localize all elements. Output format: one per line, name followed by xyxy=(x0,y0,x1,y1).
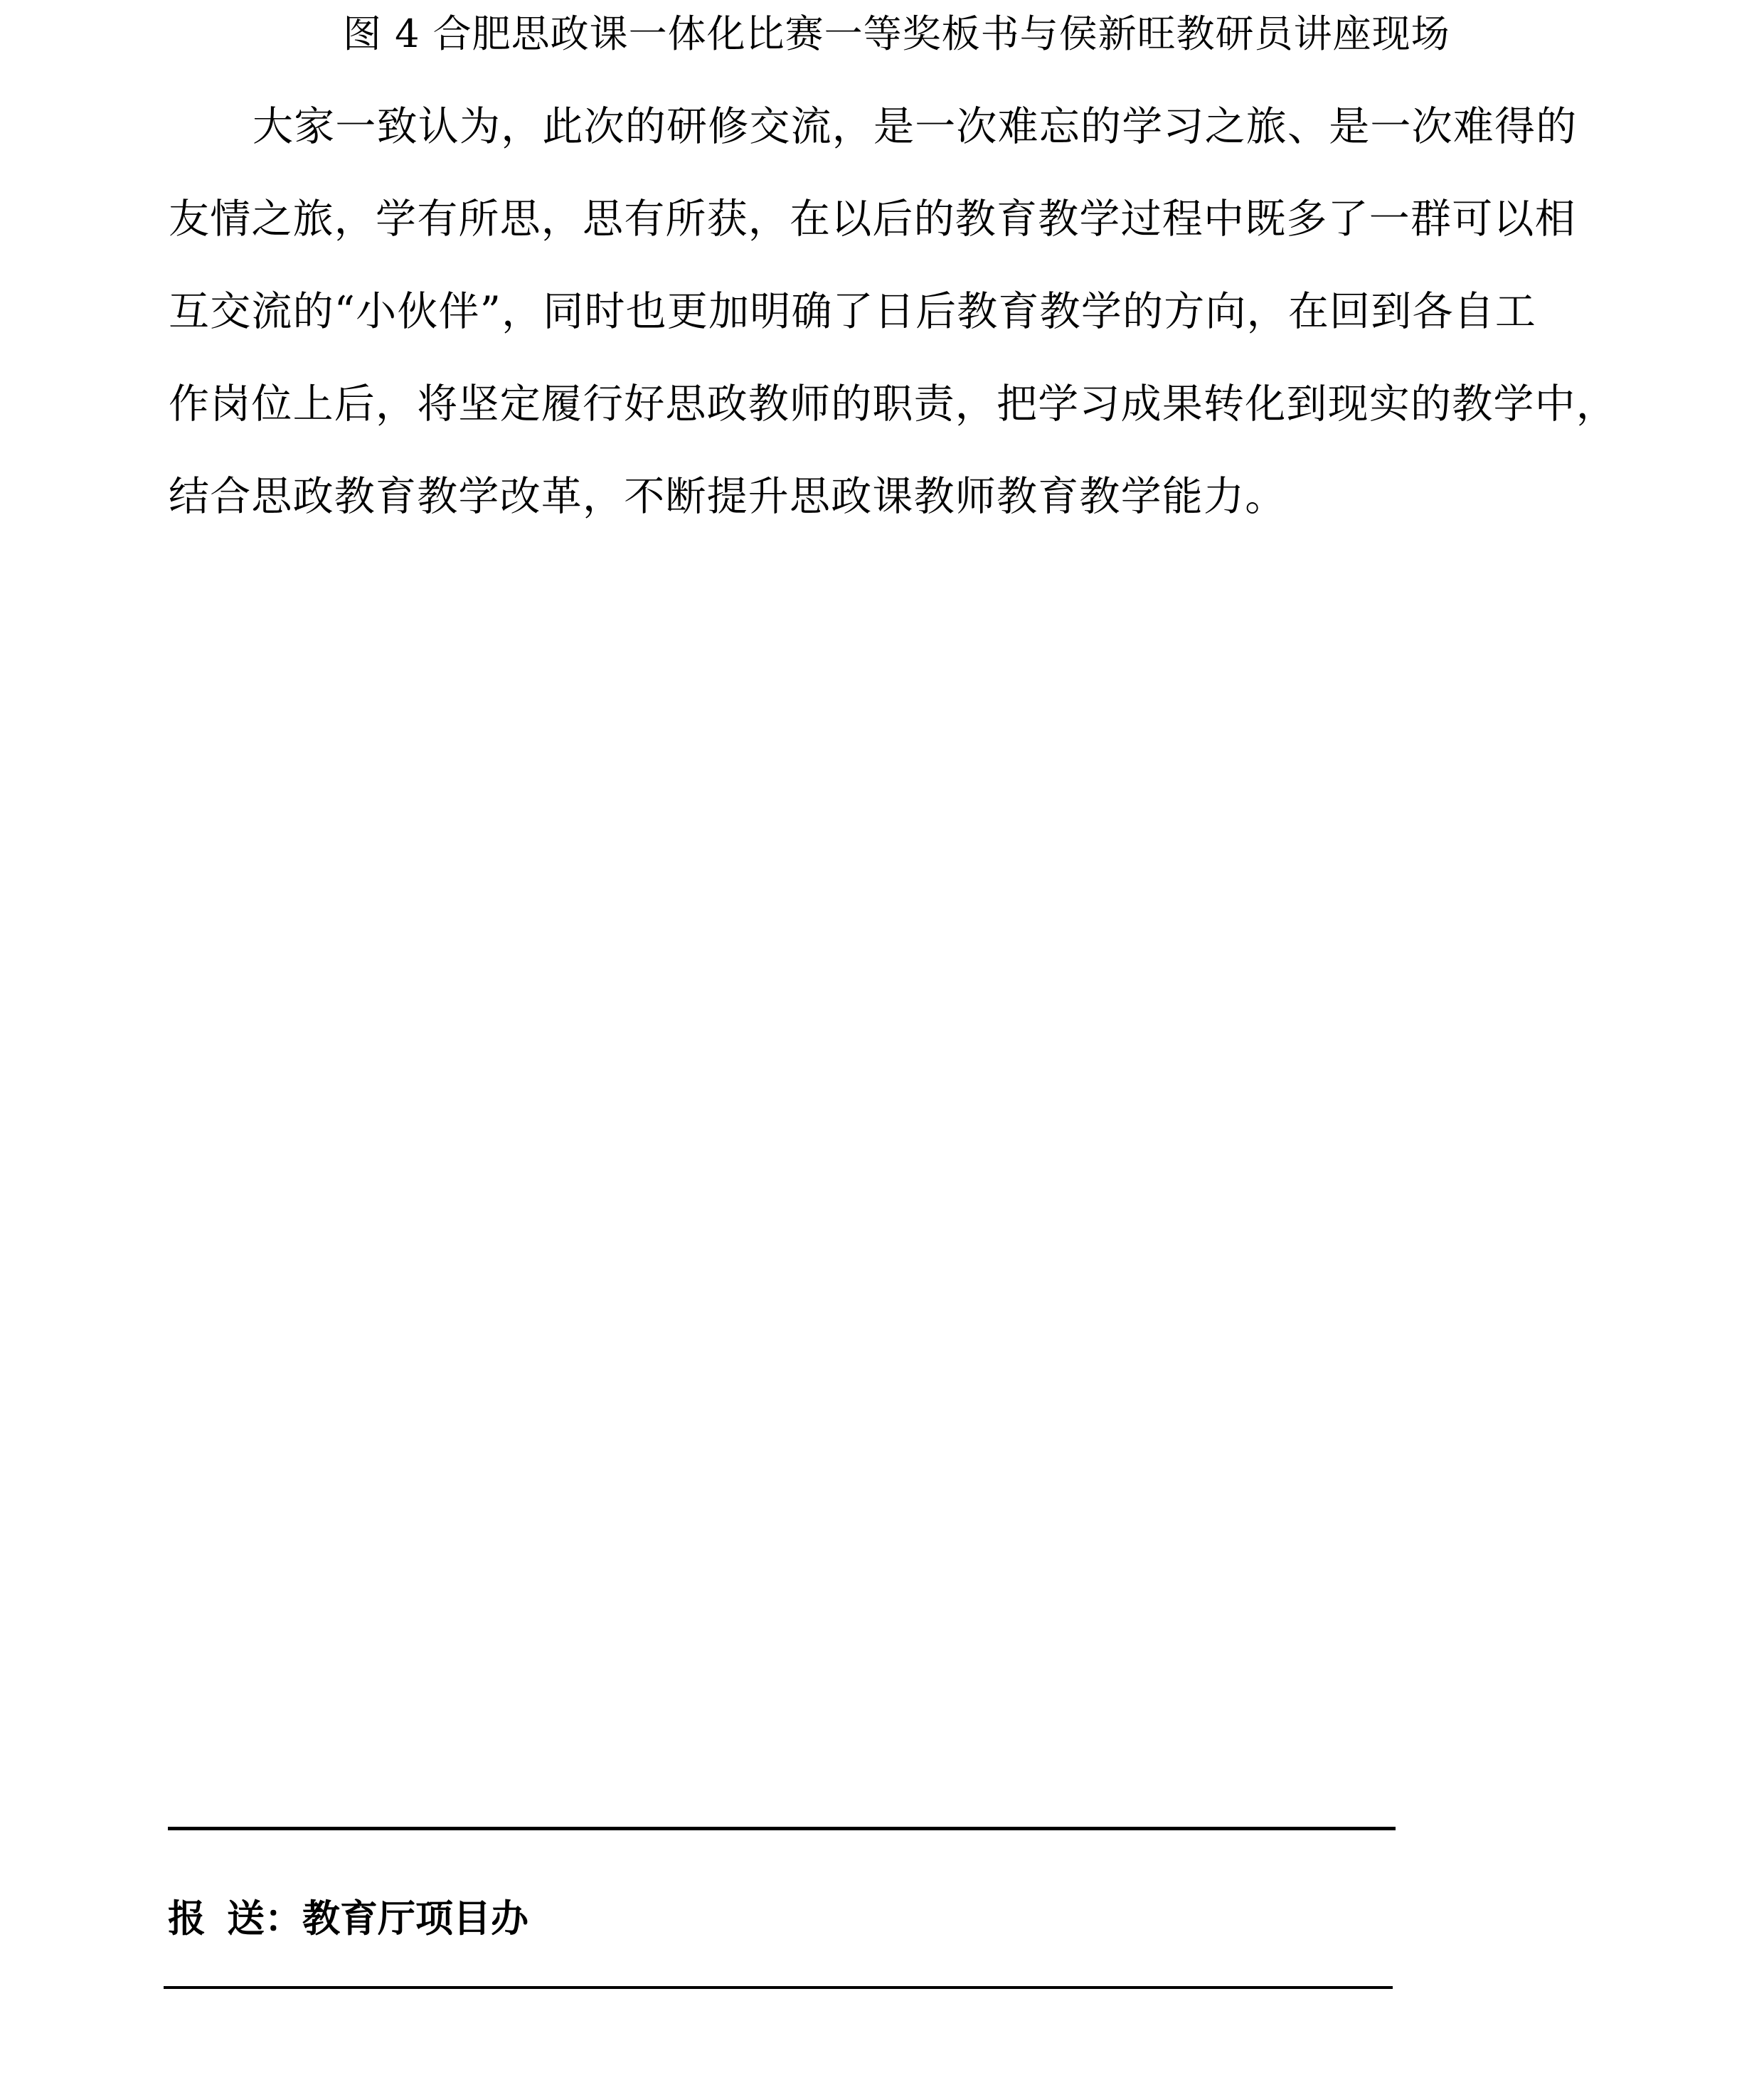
footer-divider-bottom xyxy=(164,1986,1393,1989)
document-page: 图 4 合肥思政课一体化比赛一等奖板书与侯新旺教研员讲座现场 大家一致认为，此次… xyxy=(0,0,1764,2080)
figure-caption: 图 4 合肥思政课一体化比赛一等奖板书与侯新旺教研员讲座现场 xyxy=(343,0,1552,68)
report-to-line: 报送：教育厅项目办 xyxy=(168,1889,528,1950)
paragraph-line: 友情之旅，学有所思，思有所获，在以后的教育教学过程中既多了一群可以相 xyxy=(169,173,1584,265)
paragraph-line: 作岗位上后，将坚定履行好思政教师的职责，把学习成果转化到现实的教学中， xyxy=(169,358,1584,450)
paragraph-line: 大家一致认为，此次的研修交流，是一次难忘的学习之旅、是一次难得的 xyxy=(169,80,1584,173)
report-to-label: 报送： xyxy=(168,1897,302,1941)
paragraph-line: 结合思政教育教学改革，不断提升思政课教师教育教学能力。 xyxy=(169,450,1584,543)
body-paragraph: 大家一致认为，此次的研修交流，是一次难忘的学习之旅、是一次难得的 友情之旅，学有… xyxy=(169,80,1584,543)
footer-divider-top xyxy=(168,1827,1396,1830)
report-label-char-2: 送： xyxy=(227,1897,302,1941)
report-recipient: 教育厅项目办 xyxy=(302,1897,528,1941)
paragraph-line: 互交流的“小伙伴”，同时也更加明确了日后教育教学的方向，在回到各自工 xyxy=(169,265,1584,358)
report-label-char-1: 报 xyxy=(168,1897,206,1941)
